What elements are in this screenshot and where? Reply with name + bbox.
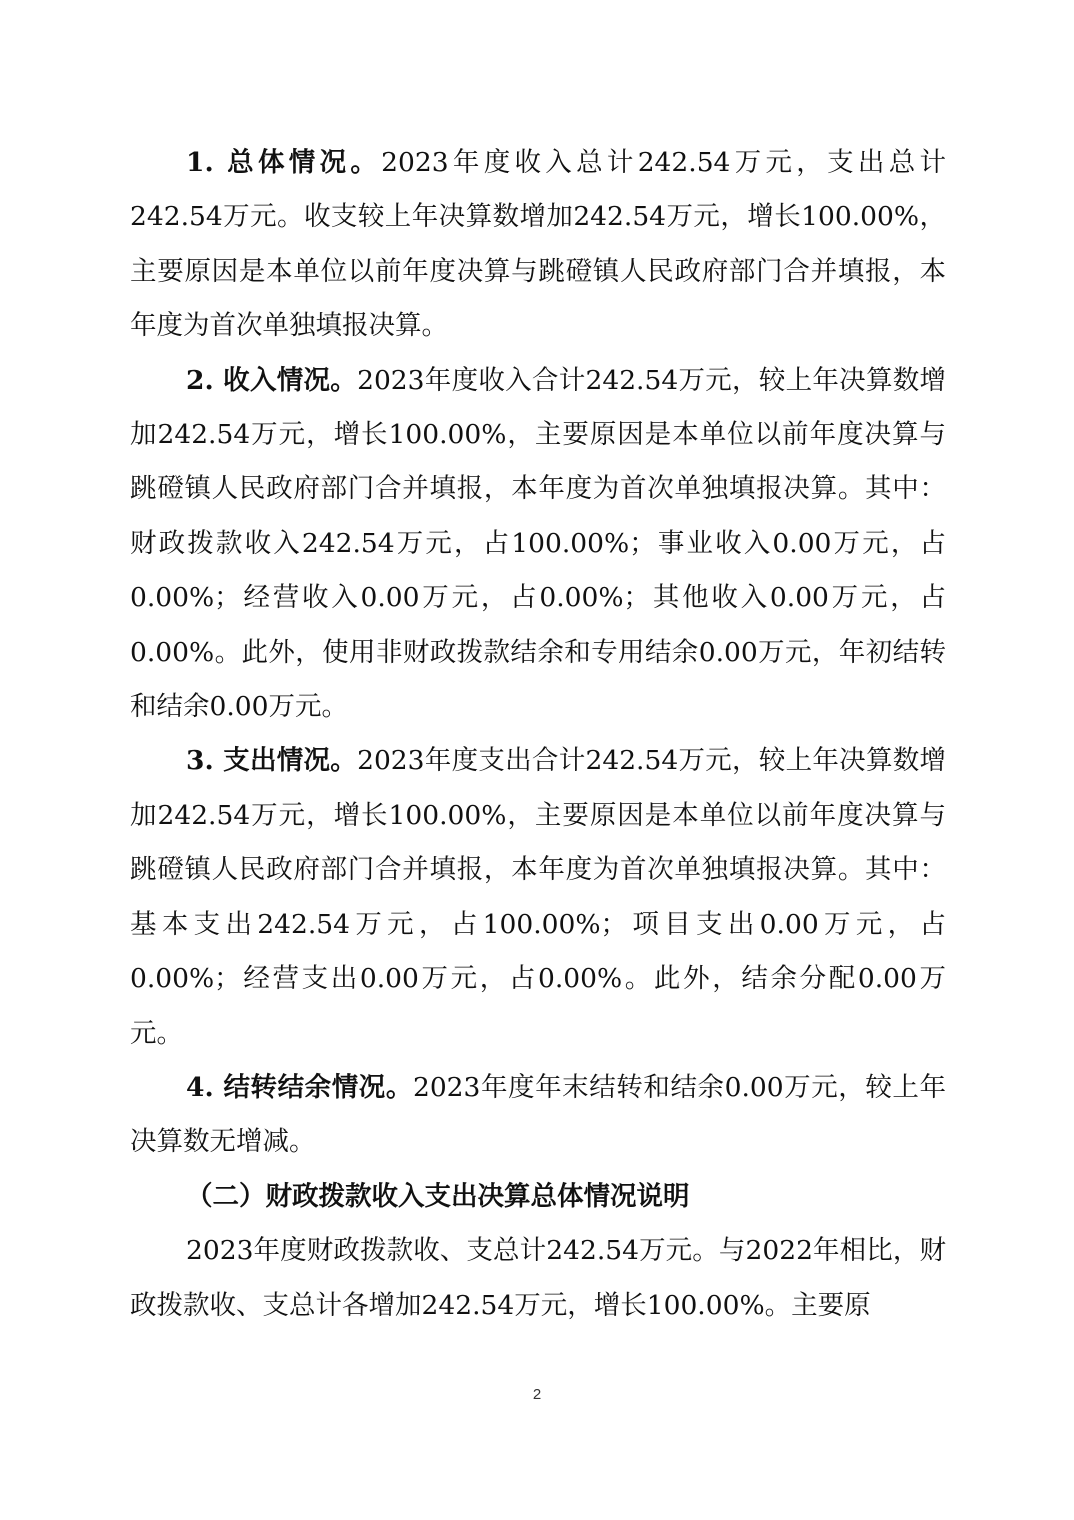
paragraph-lead: 4. 结转结余情况。 — [186, 1072, 413, 1103]
paragraph-lead: 2. 收入情况。 — [186, 365, 357, 396]
section-heading: （二）财政拨款收入支出决算总体情况说明 — [130, 1170, 946, 1224]
paragraph-body: 2023年度收入合计242.54万元，较上年决算数增加242.54万元，增长10… — [130, 365, 946, 722]
paragraph-body: 2023年度支出合计242.54万元，较上年决算数增加242.54万元，增长10… — [130, 745, 946, 1048]
section-paragraph: 2023年度财政拨款收、支总计242.54万元。与2022年相比，财政拨款收、支… — [130, 1224, 946, 1333]
paragraph-income-situation: 2. 收入情况。2023年度收入合计242.54万元，较上年决算数增加242.5… — [130, 354, 946, 735]
paragraph-expenditure-situation: 3. 支出情况。2023年度支出合计242.54万元，较上年决算数增加242.5… — [130, 734, 946, 1060]
paragraph-overall-situation: 1. 总体情况。2023年度收入总计242.54万元，支出总计242.54万元。… — [130, 136, 946, 354]
paragraph-carryover-situation: 4. 结转结余情况。2023年度年末结转和结余0.00万元，较上年决算数无增减。 — [130, 1061, 946, 1170]
document-page: 1. 总体情况。2023年度收入总计242.54万元，支出总计242.54万元。… — [130, 136, 946, 1333]
paragraph-lead: 1. 总体情况。 — [186, 147, 381, 178]
paragraph-lead: 3. 支出情况。 — [186, 745, 357, 776]
page-number: 2 — [0, 1386, 1074, 1403]
